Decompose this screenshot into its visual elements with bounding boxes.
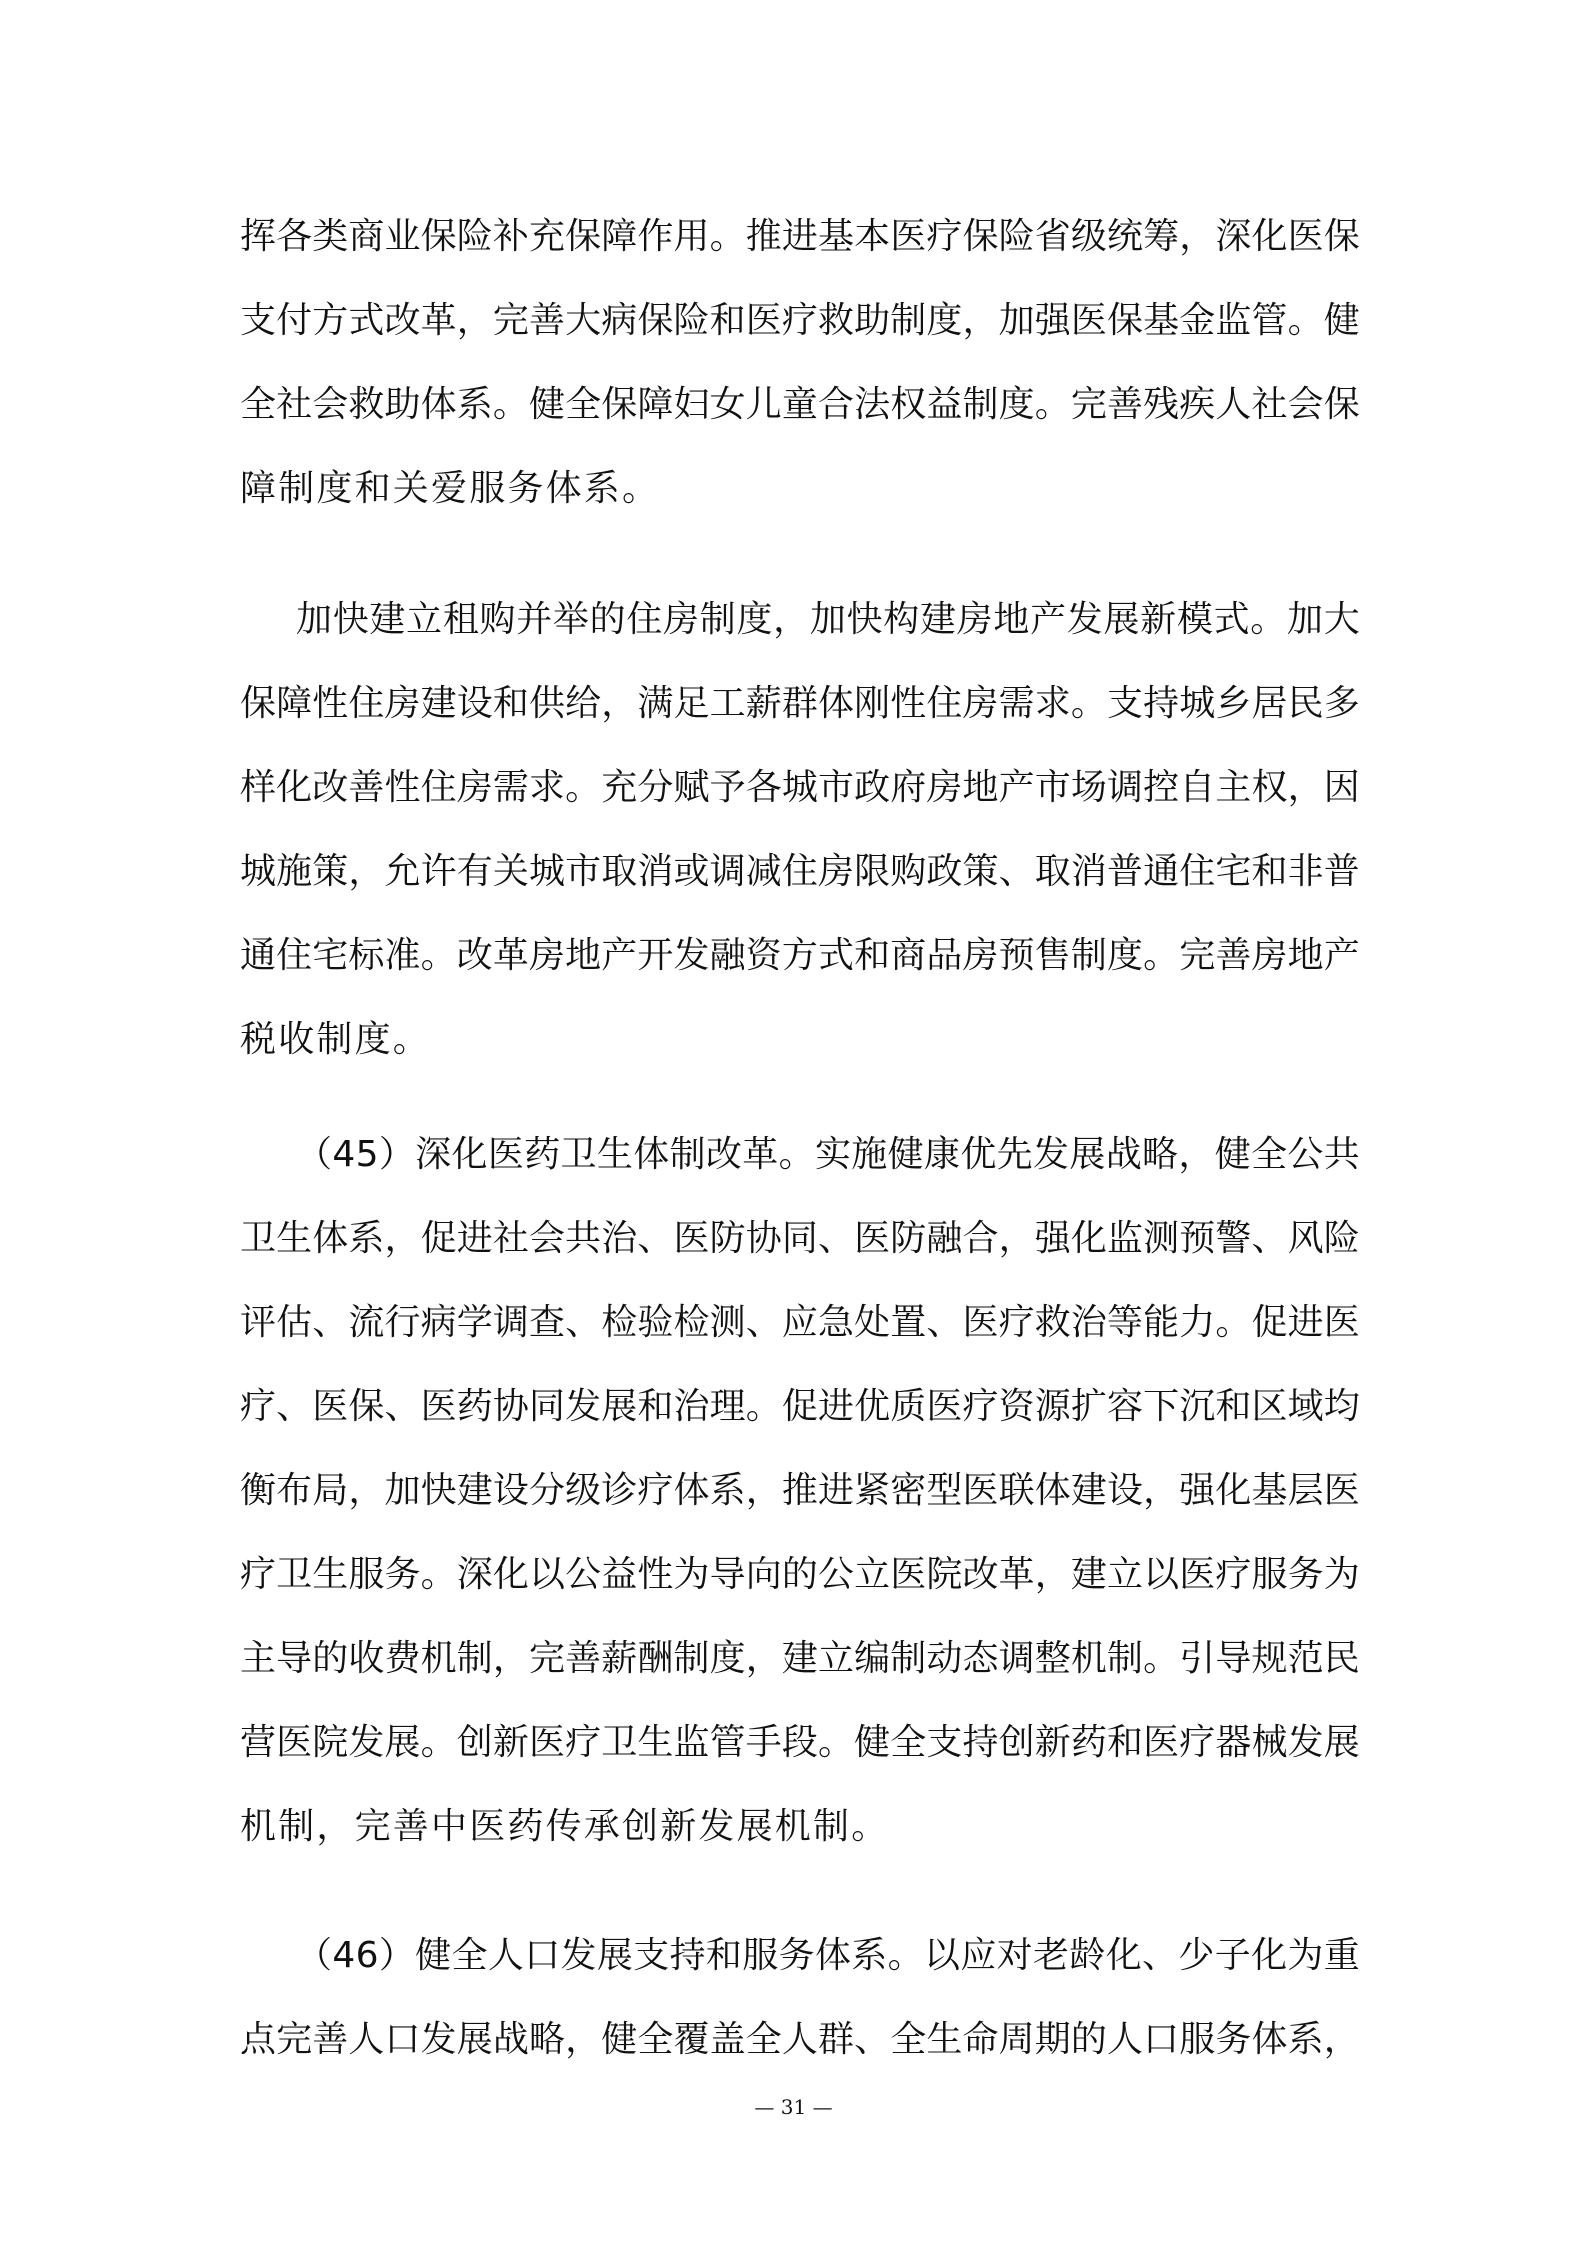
text-line: 样化改善性住房需求。充分赋予各城市政府房地产市场调控自主权，因 — [240, 746, 1360, 830]
text-line: 卫生体系，促进社会共治、医防协同、医防融合，强化监测预警、风险 — [240, 1197, 1360, 1281]
paragraph-46-population: （46）健全人口发展支持和服务体系。以应对老龄化、少子化为重 点完善人口发展战略… — [240, 1914, 1360, 2082]
text-line: 疗、医保、医药协同发展和治理。促进优质医疗资源扩容下沉和区域均 — [240, 1365, 1360, 1449]
paragraph-housing: 加快建立租购并举的住房制度，加快构建房地产发展新模式。加大 保障性住房建设和供给… — [240, 578, 1360, 1082]
section-heading-line: （45）深化医药卫生体制改革。实施健康优先发展战略，健全公共 — [240, 1113, 1360, 1197]
text-line: 主导的收费机制，完善薪酬制度，建立编制动态调整机制。引导规范民 — [240, 1617, 1360, 1701]
paragraph-social-insurance: 挥各类商业保险补充保障作用。推进基本医疗保险省级统筹，深化医保 支付方式改革，完… — [240, 195, 1360, 531]
text-line: 衡布局，加快建设分级诊疗体系，推进紧密型医联体建设，强化基层医 — [240, 1449, 1360, 1533]
text-line: 评估、流行病学调查、检验检测、应急处置、医疗救治等能力。促进医 — [240, 1281, 1360, 1365]
section-heading-line: （46）健全人口发展支持和服务体系。以应对老龄化、少子化为重 — [240, 1914, 1360, 1998]
text-line: 点完善人口发展战略，健全覆盖全人群、全生命周期的人口服务体系， — [240, 1998, 1360, 2082]
text-line: 加快建立租购并举的住房制度，加快构建房地产发展新模式。加大 — [240, 578, 1360, 662]
text-line: 城施策，允许有关城市取消或调减住房限购政策、取消普通住宅和非普 — [240, 830, 1360, 914]
text-line: 疗卫生服务。深化以公益性为导向的公立医院改革，建立以医疗服务为 — [240, 1533, 1360, 1617]
document-page: 挥各类商业保险补充保障作用。推进基本医疗保险省级统筹，深化医保 支付方式改革，完… — [0, 0, 1587, 2245]
text-line: 营医院发展。创新医疗卫生监管手段。健全支持创新药和医疗器械发展 — [240, 1701, 1360, 1785]
page-number: — 31 — — [0, 2095, 1587, 2119]
text-line: 障制度和关爱服务体系。 — [240, 447, 1360, 531]
text-line: 保障性住房建设和供给，满足工薪群体刚性住房需求。支持城乡居民多 — [240, 662, 1360, 746]
text-line: 支付方式改革，完善大病保险和医疗救助制度，加强医保基金监管。健 — [240, 279, 1360, 363]
text-line: 机制，完善中医药传承创新发展机制。 — [240, 1785, 1360, 1869]
text-line: 挥各类商业保险补充保障作用。推进基本医疗保险省级统筹，深化医保 — [240, 195, 1360, 279]
paragraph-45-healthcare-reform: （45）深化医药卫生体制改革。实施健康优先发展战略，健全公共 卫生体系，促进社会… — [240, 1113, 1360, 1869]
text-line: 通住宅标准。改革房地产开发融资方式和商品房预售制度。完善房地产 — [240, 914, 1360, 998]
text-line: 税收制度。 — [240, 998, 1360, 1082]
text-line: 全社会救助体系。健全保障妇女儿童合法权益制度。完善残疾人社会保 — [240, 363, 1360, 447]
